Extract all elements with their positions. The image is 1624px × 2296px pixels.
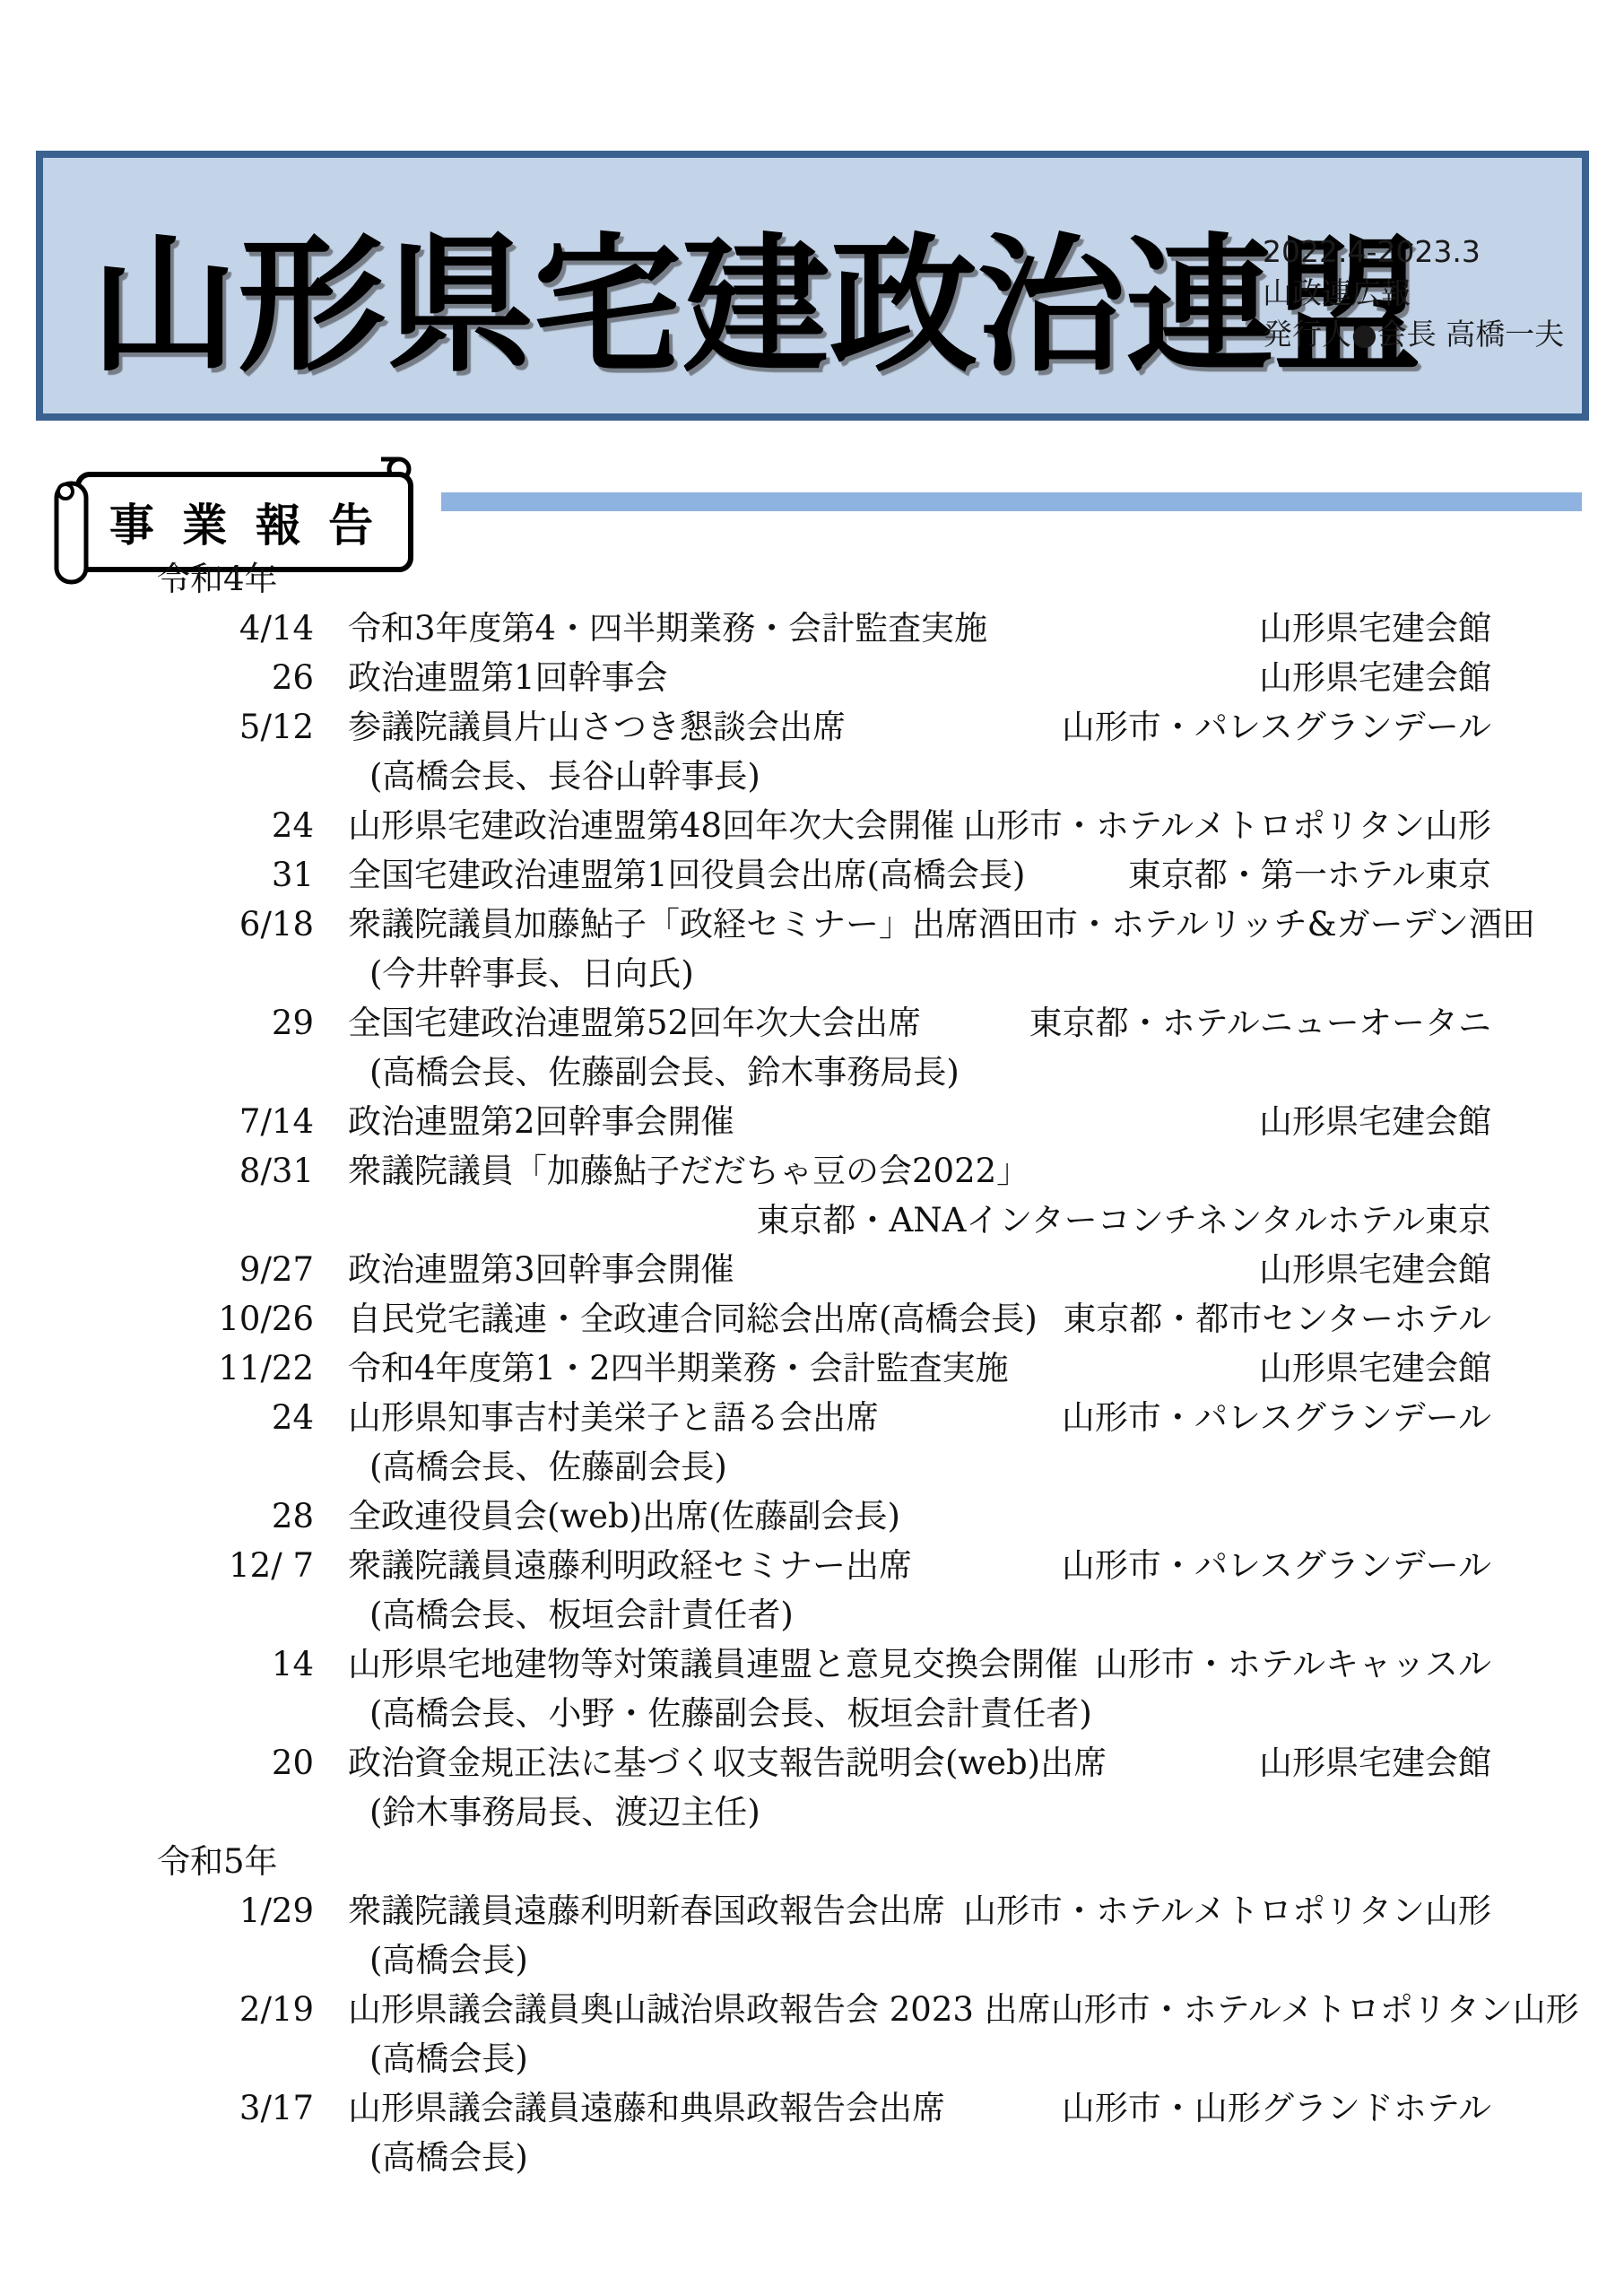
entry-date: 11/22 xyxy=(157,1344,314,1393)
report-row: 5/12参議院議員片山さつき懇談会出席山形市・パレスグランデール xyxy=(157,702,1491,752)
attendees-note: (高橋会長、佐藤副会長、鈴木事務局長) xyxy=(369,1048,960,1097)
entry-date: 20 xyxy=(157,1738,314,1787)
entry-event: 全国宅建政治連盟第1回役員会出席(高橋会長) xyxy=(348,850,1025,900)
entry-date: 2/19 xyxy=(157,1985,314,2034)
entry-date: 29 xyxy=(157,998,314,1048)
entry-event: 衆議院議員加藤鮎子「政経セミナー」出席 xyxy=(348,900,978,949)
entry-date: 6/18 xyxy=(157,900,314,949)
entry-date: 8/31 xyxy=(157,1146,314,1196)
entry-date: 26 xyxy=(157,653,314,702)
report-row: 24山形県知事吉村美栄子と語る会出席山形市・パレスグランデール xyxy=(157,1393,1491,1442)
entry-event: 山形県議会議員奥山誠治県政報告会 2023 出席 xyxy=(348,1985,1051,2034)
attendees-note: (高橋会長) xyxy=(369,2133,528,2182)
report-row: 12/ 7衆議院議員遠藤利明政経セミナー出席山形市・パレスグランデール xyxy=(157,1541,1491,1590)
publication-info: 2022.4-2023.3 山政連広報 発行人●会長 高橋一夫 xyxy=(1263,231,1564,355)
note-row: (鈴木事務局長、渡辺主任) xyxy=(157,1787,1491,1837)
report-row: 9/27政治連盟第3回幹事会開催山形県宅建会館 xyxy=(157,1245,1491,1294)
year-label: 令和4年 xyxy=(157,554,1491,604)
entry-venue: 東京都・都市センターホテル xyxy=(1063,1294,1491,1344)
entry-event: 令和4年度第1・2四半期業務・会計監査実施 xyxy=(348,1344,1009,1393)
note-row: (高橋会長、長谷山幹事長) xyxy=(157,752,1491,801)
attendees-note: (高橋会長、長谷山幹事長) xyxy=(369,752,760,801)
accent-bar xyxy=(441,492,1582,511)
entry-venue: 酒田市・ホテルリッチ&ガーデン酒田 xyxy=(978,900,1535,949)
report-row: 28全政連役員会(web)出席(佐藤副会長) xyxy=(157,1492,1491,1541)
entry-venue: 山形県宅建会館 xyxy=(1259,653,1491,702)
entry-event: 政治連盟第1回幹事会 xyxy=(348,653,668,702)
report-row: 7/14政治連盟第2回幹事会開催山形県宅建会館 xyxy=(157,1097,1491,1146)
entry-date: 24 xyxy=(157,801,314,850)
entry-venue: 山形市・ホテルメトロポリタン山形 xyxy=(1051,1985,1579,2034)
publication-name: 山政連広報 xyxy=(1263,273,1564,314)
report-row: 26政治連盟第1回幹事会山形県宅建会館 xyxy=(157,653,1491,702)
report-row: 6/18衆議院議員加藤鮎子「政経セミナー」出席酒田市・ホテルリッチ&ガーデン酒田 xyxy=(157,900,1491,949)
entry-event: 山形県宅建政治連盟第48回年次大会開催 xyxy=(348,801,954,850)
entry-venue: 山形市・パレスグランデール xyxy=(1062,702,1491,752)
entry-event: 政治連盟第2回幹事会開催 xyxy=(348,1097,734,1146)
note-row: (高橋会長) xyxy=(157,1935,1491,1985)
report-row: 3/17山形県議会議員遠藤和典県政報告会出席山形市・山形グランドホテル xyxy=(157,2083,1491,2133)
entry-date: 28 xyxy=(157,1492,314,1541)
publisher-line: 発行人●会長 高橋一夫 xyxy=(1263,314,1564,355)
entry-venue: 山形市・山形グランドホテル xyxy=(1062,2083,1491,2133)
entry-venue: 山形市・ホテルメトロポリタン山形 xyxy=(963,1886,1491,1935)
entry-event: 令和3年度第4・四半期業務・会計監査実施 xyxy=(348,604,987,653)
attendees-note: (高橋会長) xyxy=(369,1935,528,1985)
entry-date: 12/ 7 xyxy=(157,1541,314,1590)
note-row: (今井幹事長、日向氏) xyxy=(157,949,1491,998)
venue-row: 東京都・ANAインターコンチネンタルホテル東京 xyxy=(157,1196,1491,1245)
note-row: (高橋会長、板垣会計責任者) xyxy=(157,1590,1491,1639)
note-row: (高橋会長) xyxy=(157,2034,1491,2083)
report-row: 14山形県宅地建物等対策議員連盟と意見交換会開催山形市・ホテルキャッスル xyxy=(157,1639,1491,1689)
entry-date: 9/27 xyxy=(157,1245,314,1294)
attendees-note: (高橋会長、佐藤副会長) xyxy=(369,1442,727,1492)
entry-date: 3/17 xyxy=(157,2083,314,2133)
report-list: 令和4年4/14令和3年度第4・四半期業務・会計監査実施山形県宅建会館26政治連… xyxy=(157,554,1491,2182)
entry-date: 1/29 xyxy=(157,1886,314,1935)
attendees-note: (高橋会長、板垣会計責任者) xyxy=(369,1590,794,1639)
report-row: 2/19山形県議会議員奥山誠治県政報告会 2023 出席山形市・ホテルメトロポリ… xyxy=(157,1985,1491,2034)
entry-event: 山形県宅地建物等対策議員連盟と意見交換会開催 xyxy=(348,1639,1078,1689)
entry-venue: 山形県宅建会館 xyxy=(1259,1738,1491,1787)
entry-date: 24 xyxy=(157,1393,314,1442)
note-row: (高橋会長、佐藤副会長、鈴木事務局長) xyxy=(157,1048,1491,1097)
report-row: 10/26自民党宅議連・全政連合同総会出席(高橋会長)東京都・都市センターホテル xyxy=(157,1294,1491,1344)
entry-venue: 山形県宅建会館 xyxy=(1259,1344,1491,1393)
note-row: (高橋会長、小野・佐藤副会長、板垣会計責任者) xyxy=(157,1689,1491,1738)
entry-event: 衆議院議員「加藤鮎子だだちゃ豆の会2022」 xyxy=(348,1146,1029,1196)
entry-event: 自民党宅議連・全政連合同総会出席(高橋会長) xyxy=(348,1294,1038,1344)
entry-venue: 山形市・ホテルキャッスル xyxy=(1095,1639,1491,1689)
entry-event: 山形県知事吉村美栄子と語る会出席 xyxy=(348,1393,879,1442)
entry-event: 山形県議会議員遠藤和典県政報告会出席 xyxy=(348,2083,945,2133)
entry-venue: 山形市・パレスグランデール xyxy=(1062,1541,1491,1590)
newsletter-title: 山形県宅建政治連盟 xyxy=(90,228,1421,383)
report-row: 11/22令和4年度第1・2四半期業務・会計監査実施山形県宅建会館 xyxy=(157,1344,1491,1393)
attendees-note: (鈴木事務局長、渡辺主任) xyxy=(369,1787,760,1837)
report-row: 29全国宅建政治連盟第52回年次大会出席東京都・ホテルニューオータニ xyxy=(157,998,1491,1048)
publication-period: 2022.4-2023.3 xyxy=(1263,231,1564,273)
report-row: 31全国宅建政治連盟第1回役員会出席(高橋会長)東京都・第一ホテル東京 xyxy=(157,850,1491,900)
entry-venue: 山形県宅建会館 xyxy=(1259,604,1491,653)
report-row: 1/29衆議院議員遠藤利明新春国政報告会出席山形市・ホテルメトロポリタン山形 xyxy=(157,1886,1491,1935)
report-row: 8/31衆議院議員「加藤鮎子だだちゃ豆の会2022」 xyxy=(157,1146,1491,1196)
entry-venue: 東京都・第一ホテル東京 xyxy=(1128,850,1491,900)
report-row: 20政治資金規正法に基づく収支報告説明会(web)出席山形県宅建会館 xyxy=(157,1738,1491,1787)
entry-venue: 山形市・パレスグランデール xyxy=(1062,1393,1491,1442)
entry-event: 衆議院議員遠藤利明政経セミナー出席 xyxy=(348,1541,912,1590)
entry-date: 4/14 xyxy=(157,604,314,653)
entry-event: 全国宅建政治連盟第52回年次大会出席 xyxy=(348,998,921,1048)
note-row: (高橋会長、佐藤副会長) xyxy=(157,1442,1491,1492)
entry-date: 31 xyxy=(157,850,314,900)
report-row: 4/14令和3年度第4・四半期業務・会計監査実施山形県宅建会館 xyxy=(157,604,1491,653)
entry-event: 政治連盟第3回幹事会開催 xyxy=(348,1245,734,1294)
entry-event: 政治資金規正法に基づく収支報告説明会(web)出席 xyxy=(348,1738,1107,1787)
entry-venue: 東京都・ホテルニューオータニ xyxy=(1029,998,1491,1048)
entry-event: 参議院議員片山さつき懇談会出席 xyxy=(348,702,846,752)
entry-venue: 山形県宅建会館 xyxy=(1259,1245,1491,1294)
entry-event: 全政連役員会(web)出席(佐藤副会長) xyxy=(348,1492,900,1541)
entry-venue: 山形市・ホテルメトロポリタン山形 xyxy=(963,801,1491,850)
entry-event: 衆議院議員遠藤利明新春国政報告会出席 xyxy=(348,1886,945,1935)
attendees-note: (高橋会長、小野・佐藤副会長、板垣会計責任者) xyxy=(369,1689,1092,1738)
entry-date: 7/14 xyxy=(157,1097,314,1146)
header-banner: 山形県宅建政治連盟 2022.4-2023.3 山政連広報 発行人●会長 高橋一… xyxy=(36,151,1589,421)
attendees-note: (高橋会長) xyxy=(369,2034,528,2083)
year-label: 令和5年 xyxy=(157,1837,1491,1886)
venue-text: 東京都・ANAインターコンチネンタルホテル東京 xyxy=(756,1196,1491,1245)
entry-date: 14 xyxy=(157,1639,314,1689)
report-row: 24山形県宅建政治連盟第48回年次大会開催山形市・ホテルメトロポリタン山形 xyxy=(157,801,1491,850)
attendees-note: (今井幹事長、日向氏) xyxy=(369,949,694,998)
entry-date: 5/12 xyxy=(157,702,314,752)
note-row: (高橋会長) xyxy=(157,2133,1491,2182)
entry-venue: 山形県宅建会館 xyxy=(1259,1097,1491,1146)
entry-date: 10/26 xyxy=(157,1294,314,1344)
